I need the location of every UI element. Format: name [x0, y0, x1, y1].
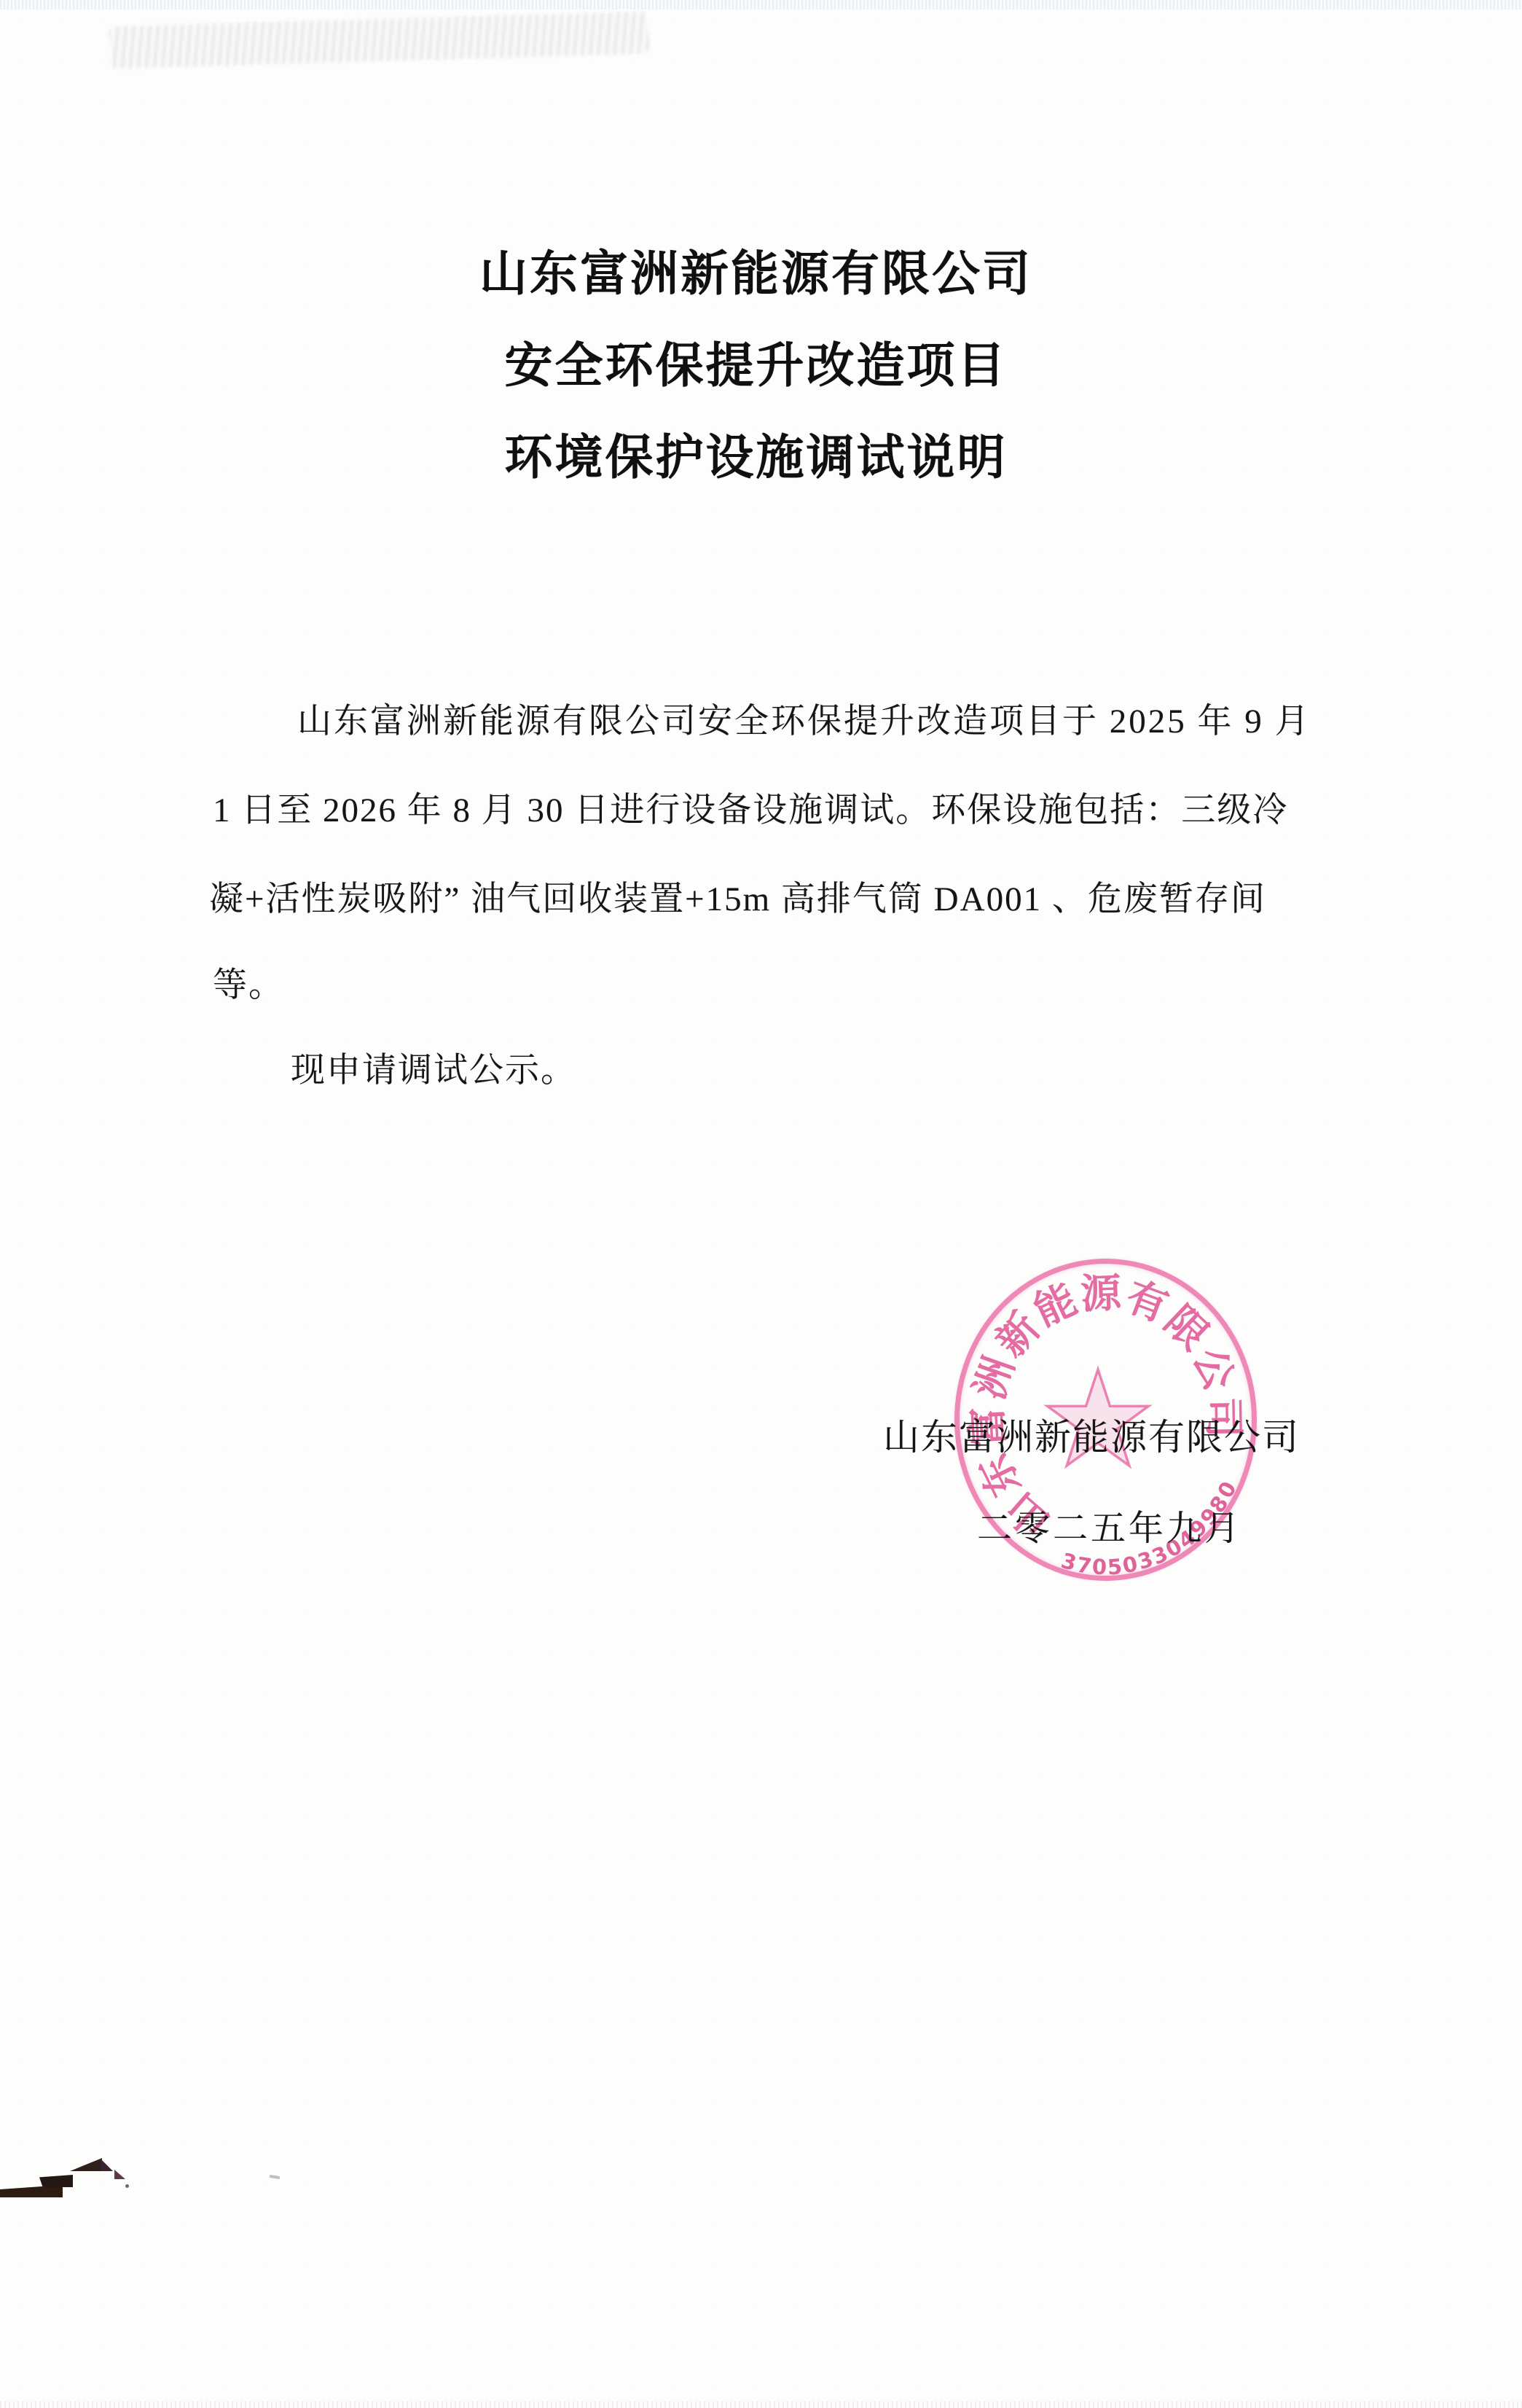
page-title-line-2: 安全环保提升改造项目 — [505, 327, 1008, 396]
stray-mark-artifact — [270, 2175, 280, 2179]
page-title-line-3: 环境保护设施调试说明 — [505, 418, 1008, 488]
body-paragraph-line-5: 现申请调试公示。 — [291, 1043, 576, 1092]
signature-company-line: 山东富洲新能源有限公司 — [883, 1408, 1300, 1461]
body-paragraph-line-1: 山东富洲新能源有限公司安全环保提升改造项目于 2025 年 9 月 — [297, 694, 1311, 743]
body-paragraph-line-2: 1 日至 2026 年 8 月 30 日进行设备设施调试。环保设施包括：三级冷 — [213, 783, 1288, 832]
scanner-bottom-edge-artifact — [0, 2401, 1522, 2408]
page-corner-artifact — [39, 2175, 73, 2187]
signature-date-line: 二零二五年九月 — [977, 1500, 1242, 1550]
scanned-document-page: { "document": { "title_lines": [ "山东富洲新能… — [0, 0, 1522, 2408]
body-paragraph-line-4: 等。 — [213, 958, 284, 1006]
bleed-through-smudge — [109, 12, 648, 69]
page-corner-artifact — [70, 2158, 102, 2171]
page-title-line-1: 山东富洲新能源有限公司 — [479, 235, 1032, 304]
page-corner-artifact — [125, 2184, 129, 2188]
page-corner-artifact — [101, 2159, 113, 2171]
body-paragraph-line-3: 凝+活性炭吸附” 油气回收装置+15m 高排气筒 DA001 、危废暂存间 — [209, 872, 1266, 920]
scanner-top-edge-artifact — [0, 0, 1522, 9]
page-corner-artifact — [114, 2170, 125, 2179]
seal-arc-char: 源 — [1079, 1273, 1123, 1316]
